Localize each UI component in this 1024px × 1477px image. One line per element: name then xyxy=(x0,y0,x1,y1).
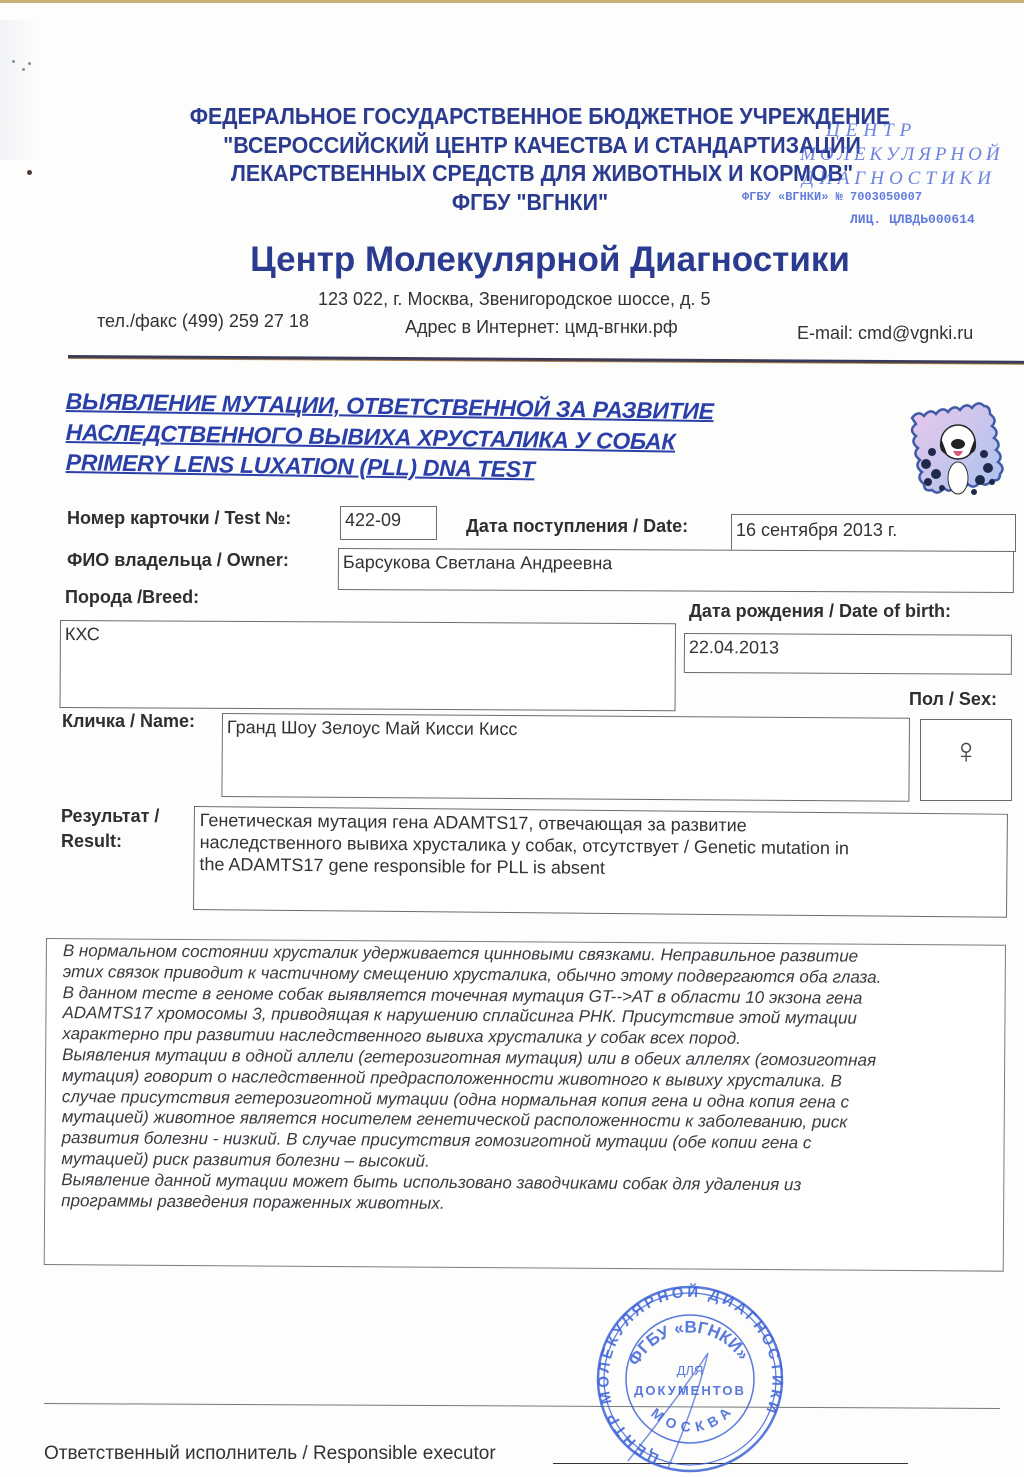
test-no-label: Номер карточки / Test №: xyxy=(67,508,291,529)
sex-label: Пол / Sex: xyxy=(909,689,997,710)
owner-field: Барсукова Светлана Андреевна xyxy=(338,548,1014,593)
test-no-field: 422-09 xyxy=(340,506,437,540)
stamp-line: ФГБУ «ВГНКИ» № 7003050007 xyxy=(742,190,922,204)
stamp-line: МОЛЕКУЛЯРНОЙ xyxy=(799,142,1004,165)
stamp-line: ЛИЦ. ЦЛВДЬ000614 xyxy=(850,212,975,227)
scan-speck xyxy=(28,62,31,65)
center-title: Центр Молекулярной Диагностики xyxy=(0,240,1024,280)
phone: тел./факс (499) 259 27 18 xyxy=(97,311,309,332)
female-symbol-icon: ♀ xyxy=(920,719,1012,801)
stamp-line: ЦЕНТР xyxy=(825,120,917,141)
website: Адрес в Интернет: цмд-вгнки.рф xyxy=(405,317,678,338)
header-divider xyxy=(68,355,1024,365)
name-field: Гранд Шоу Зелоус Май Кисси Кисс xyxy=(221,713,910,802)
scan-edge xyxy=(0,0,1024,3)
svg-text:ДОКУМЕНТОВ: ДОКУМЕНТОВ xyxy=(634,1383,746,1398)
result-label-en: Result: xyxy=(61,831,122,852)
info-text: В нормальном состоянии хрусталик удержив… xyxy=(61,941,1003,1218)
test-title-line-3: PRIMERY LENS LUXATION (PLL) DNA TEST xyxy=(66,449,535,483)
executor-label: Ответственный исполнитель / Responsible … xyxy=(44,1443,496,1465)
stamp-line: ДИАГНОСТИКИ xyxy=(800,168,996,189)
scan-speck xyxy=(22,68,25,71)
svg-text:ФГБУ «ВГНКИ»: ФГБУ «ВГНКИ» xyxy=(624,1318,753,1369)
result-label-ru: Результат / xyxy=(61,806,159,827)
date-received-field: 16 сентября 2013 г. xyxy=(731,514,1016,552)
dob-field: 22.04.2013 xyxy=(684,633,1012,675)
owner-label: ФИО владельца / Owner: xyxy=(67,550,289,571)
official-seal-icon: ЦЕНТР МОЛЕКУЛЯРНОЙ ДИАГНОСТИКИ ФГБУ «ВГН… xyxy=(588,1283,793,1473)
name-label: Кличка / Name: xyxy=(62,711,195,732)
info-box: В нормальном состоянии хрусталик удержив… xyxy=(44,938,1006,1272)
breed-field: КХС xyxy=(60,620,676,711)
email: E-mail: cmd@vgnki.ru xyxy=(797,323,973,344)
separator-line xyxy=(44,1403,1000,1409)
breed-label: Порода /Breed: xyxy=(65,587,199,608)
result-field: Генетическая мутация гена ADAMTS17, отве… xyxy=(193,806,1008,918)
license-stamp: ЦЕНТР МОЛЕКУЛЯРНОЙ ДИАГНОСТИКИ ФГБУ «ВГН… xyxy=(740,112,1020,230)
dalmatian-logo-icon xyxy=(898,398,1016,506)
date-received-label: Дата поступления / Date: xyxy=(466,516,688,537)
scan-speck xyxy=(12,60,15,63)
dob-label: Дата рождения / Date of birth: xyxy=(689,601,951,622)
address: 123 022, г. Москва, Звенигородское шоссе… xyxy=(318,289,711,310)
